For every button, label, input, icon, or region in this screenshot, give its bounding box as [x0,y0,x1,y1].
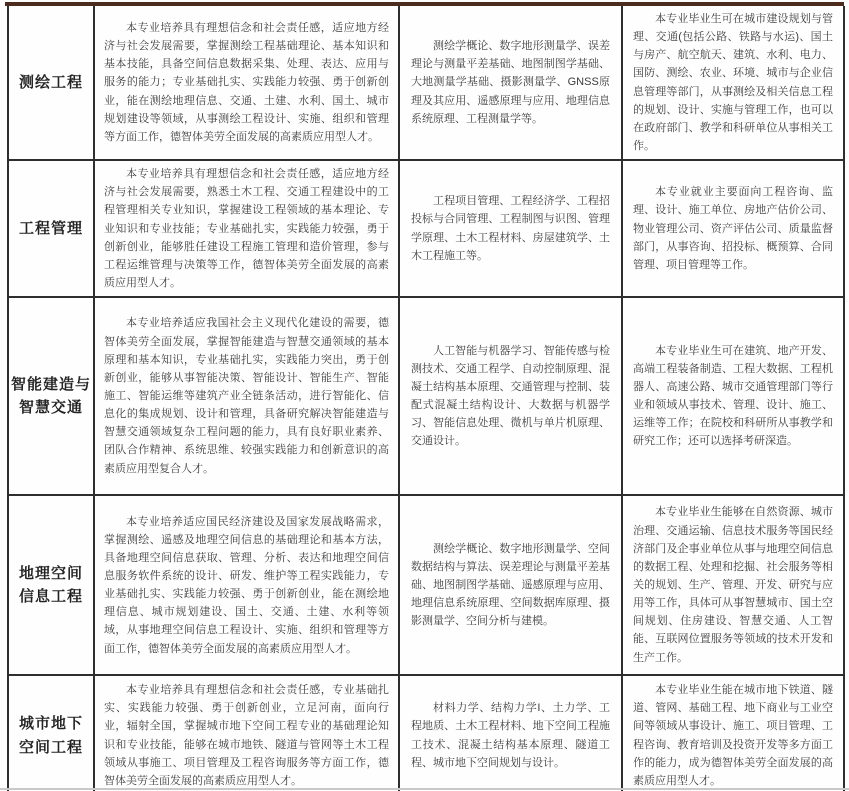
major-name: 城市地下 空间工程 [8,675,94,791]
major-name: 测绘工程 [8,6,94,160]
table-row: 城市地下 空间工程 本专业培养具有理想信念和社会责任感，专业基础扎实、实践能力较… [8,675,844,791]
employment-direction: 本专业毕业生能在城市地下铁道、隧道、管网、基础工程、地下商业与工业空间等领域从事… [622,675,844,791]
main-courses: 人工智能与机器学习、智能传感与检测技术、交通工程学、自动控制原理、混凝土结构基本… [399,297,622,495]
bottom-page-edge [0,788,849,790]
major-name: 智能建造与 智慧交通 [8,297,94,495]
main-courses: 测绘学概论、数字地形测量学、空间数据结构与算法、误差理论与测量平差基础、地图制图… [399,495,622,675]
major-name: 工程管理 [8,160,94,297]
training-objective: 本专业培养具有理想信念和社会责任感，专业基础扎实、实践能力较强、勇于创新创业，立… [94,675,399,791]
document-page: 测绘工程 本专业培养具有理想信念和社会责任感，适应地方经济与社会发展需要，掌握测… [0,0,849,791]
employment-direction: 本专业毕业生可在建筑、地产开发、高端工程装备制造、工程大数据、工程机器人、高速公… [622,297,844,495]
employment-direction: 本专业毕业生能够在自然资源、城市治理、交通运输、信息技术服务等国民经济部门及企事… [622,495,844,675]
main-courses: 材料力学、结构力学I、土力学、工程地质、土木工程材料、地下空间工程施工技术、混凝… [399,675,622,791]
table-row: 地理空间 信息工程 本专业培养适应国民经济建设及国家发展战略需求，掌握测绘、遥感… [8,495,844,675]
training-objective: 本专业培养适应我国社会主义现代化建设的需要，德智体美劳全面发展，掌握智能建造与智… [94,297,399,495]
table-row: 测绘工程 本专业培养具有理想信念和社会责任感，适应地方经济与社会发展需要，掌握测… [8,6,844,160]
majors-table: 测绘工程 本专业培养具有理想信念和社会责任感，适应地方经济与社会发展需要，掌握测… [7,6,845,791]
major-name: 地理空间 信息工程 [8,495,94,675]
employment-direction: 本专业毕业生可在城市建设规划与管理、交通(包括公路、铁路与水运)、国土与房产、航… [622,6,844,160]
training-objective: 本专业培养具有理想信念和社会责任感，适应地方经济与社会发展需要，掌握测绘工程基础… [94,6,399,160]
table-row: 智能建造与 智慧交通 本专业培养适应我国社会主义现代化建设的需要，德智体美劳全面… [8,297,844,495]
training-objective: 本专业培养具有理想信念和社会责任感，适应地方经济与社会发展需要，熟悉土木工程、交… [94,160,399,297]
training-objective: 本专业培养适应国民经济建设及国家发展战略需求，掌握测绘、遥感及地理空间信息的基础… [94,495,399,675]
employment-direction: 本专业就业主要面向工程咨询、监理、设计、施工单位、房地产估价公司、物业管理公司、… [622,160,844,297]
main-courses: 测绘学概论、数字地形测量学、误差理论与测量平差基础、地图制图学基础、大地测量学基… [399,6,622,160]
table-row: 工程管理 本专业培养具有理想信念和社会责任感，适应地方经济与社会发展需要，熟悉土… [8,160,844,297]
main-courses: 工程项目管理、工程经济学、工程招投标与合同管理、工程制图与识图、管理学原理、土木… [399,160,622,297]
